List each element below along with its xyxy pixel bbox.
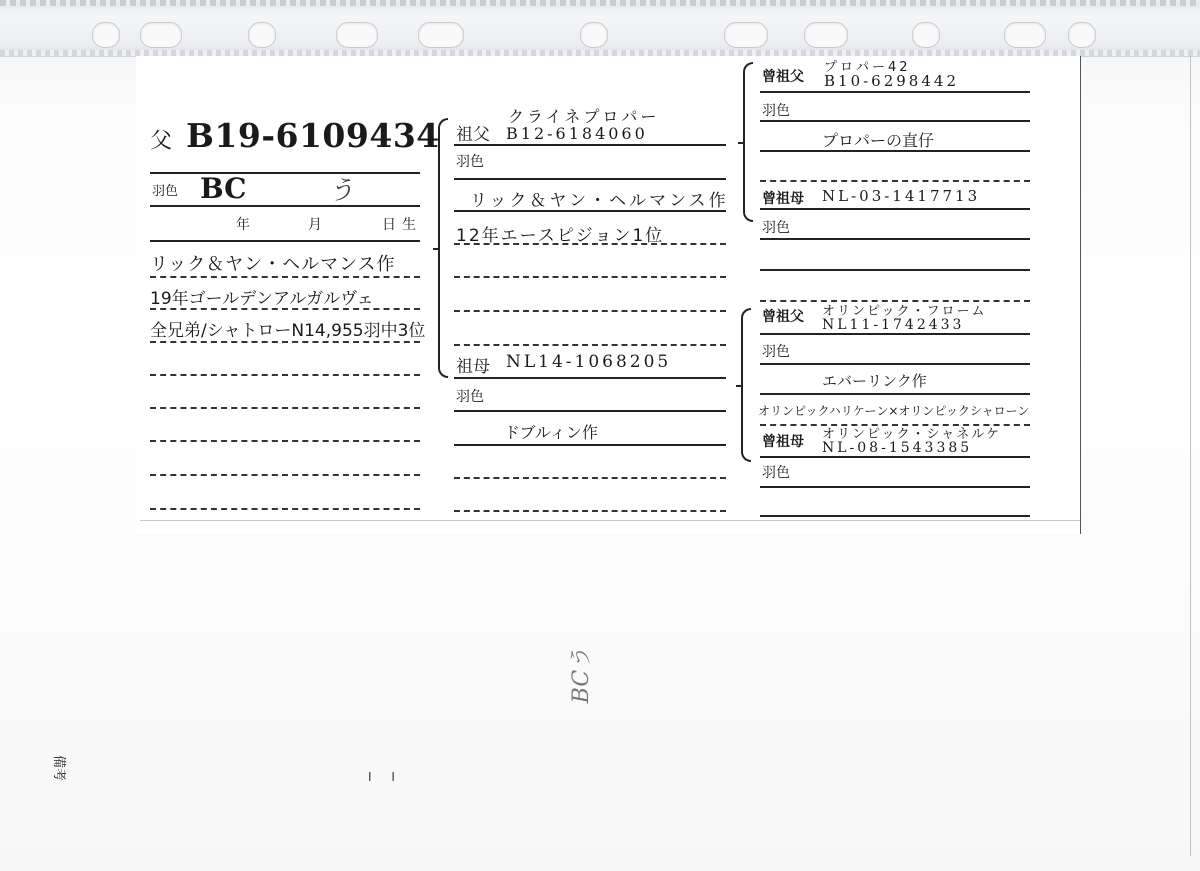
sire-ring-number: B19-6109434 [186,116,440,155]
handwritten-mark: う [328,170,354,207]
binder-hole [724,22,768,48]
binder-strip [0,0,1200,57]
granddam-breeder: ドブルィン作 [504,420,598,443]
grandsire-breeder: リック＆ヤン・ヘルマンス作 [470,186,729,211]
sire-breeder: リック＆ヤン・ヘルマンス作 [150,250,396,276]
bracket [743,62,753,222]
granddam-color-label: 羽色 [456,386,484,406]
bracket [741,308,751,462]
great-grandsire-1-label: 曾祖父 [762,66,804,86]
binder-hole [1068,22,1096,48]
great-grandsire-2-color-label: 羽色 [762,341,790,361]
binder-hole [580,22,608,48]
remarks-marks: I I [368,770,403,784]
sire-note-1: 19年ゴールデンアルガルヴェ [150,284,374,309]
great-grandsire-2-label: 曾祖父 [762,306,804,326]
granddam-label: 祖母 [456,352,490,377]
great-grandsire-2-breeder: エバーリンク作 [822,370,927,391]
great-grandsire-2-ring-number: NL11-1742433 [822,317,964,333]
binder-hole [1004,22,1046,48]
great-granddam-1-color-label: 羽色 [762,217,790,237]
sire-color-label: 羽色 [152,180,178,199]
great-granddam-1-ring-number: NL-03-1417713 [822,187,980,205]
binder-hole [248,22,276,48]
sire-label: 父 [150,124,172,155]
great-grandsire-1-ring-number: B10-6298442 [824,72,959,90]
birth-month-label: 月 [308,214,322,234]
remarks-label: 備考 [51,755,70,781]
great-granddam-2-ring-number: NL-08-1543385 [822,440,972,456]
great-granddam-2-color-label: 羽色 [762,462,790,482]
binder-hole [336,22,378,48]
birth-day-label: 日生 [382,214,422,234]
great-granddam-1-label: 曾祖母 [762,188,804,208]
binder-hole [912,22,940,48]
sire-color-value: BC [200,172,246,205]
grandsire-ring-number: B12-6184060 [506,124,648,143]
binder-hole [804,22,848,48]
grandsire-color-label: 羽色 [456,151,484,171]
sire-note-2: 全兄弟/シャトローN14,955羽中3位 [150,316,425,341]
handwritten-remark: BCう [564,648,595,703]
bracket [438,118,448,378]
great-grandsire-2-note: オリンピックハリケーン×オリンピックシャローン [758,402,1029,419]
grandsire-label: 祖父 [456,120,490,145]
binder-hole [140,22,182,48]
birth-year-label: 年 [236,214,250,234]
granddam-ring-number: NL14-1068205 [506,352,671,372]
binder-hole [418,22,464,48]
binder-hole [92,22,120,48]
great-grandsire-1-note: プロパーの直仔 [822,128,934,151]
great-grandsire-1-color-label: 羽色 [762,100,790,120]
great-granddam-2-label: 曾祖母 [762,431,804,451]
